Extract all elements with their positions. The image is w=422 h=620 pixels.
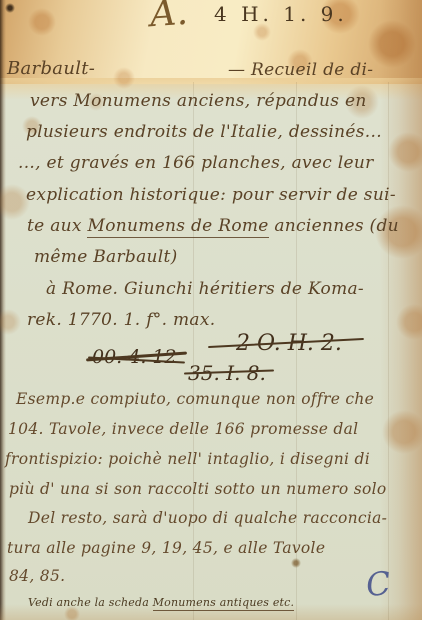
author-name: Barbault- <box>7 57 95 81</box>
title-line6-pre: te aux <box>27 216 87 236</box>
title-line: — Recueil de di- <box>228 58 373 82</box>
left-edge-shadow <box>0 0 6 620</box>
fold-line <box>388 82 389 620</box>
corner-letter: A. <box>149 1 189 28</box>
cross-reference-underlined: Monumens antiques etc. <box>153 596 295 611</box>
condition-note-line: 84, 85. <box>9 564 65 588</box>
condition-note-line: frontispizio: poichè nell' intaglio, i d… <box>5 447 370 471</box>
shelfmark: 4 H. 1. 9. <box>214 2 348 26</box>
condition-note-line: 104. Tavole, invece delle 166 promesse d… <box>8 417 358 441</box>
cross-reference-pre: Vedi anche la scheda <box>28 596 153 609</box>
collection-letter: C <box>364 564 392 604</box>
title-line: plusieurs endroits de l'Italie, dessinés… <box>26 120 382 144</box>
imprint-line: à Rome. Giunchi héritiers de Koma- <box>46 277 364 301</box>
title-line: vers Monumens anciens, répandus en <box>30 89 367 113</box>
title-line: te aux Monumens de Rome anciennes (du <box>27 214 399 238</box>
imprint-line: rek. 1770. 1. f°. max. <box>27 308 215 332</box>
cross-reference-note: Vedi anche la scheda Monumens antiques e… <box>28 596 294 609</box>
condition-note-line: Esemp.e compiuto, comunque non offre che <box>16 387 374 411</box>
title-line: explication historique: pour servir de s… <box>26 183 396 207</box>
old-shelfmark-crossed: 35. I. 8. <box>188 361 266 385</box>
condition-note-line: tura alle pagine 9, 19, 45, e alle Tavol… <box>7 536 325 560</box>
title-line: même Barbault) <box>34 245 178 269</box>
condition-note-line: Del resto, sarà d'uopo di qualche raccon… <box>28 506 387 530</box>
condition-note-line: più d' una si son raccolti sotto un nume… <box>9 477 387 501</box>
title-line: ..., et gravés en 166 planches, avec leu… <box>18 151 374 175</box>
title-line6-underlined: Monumens de Rome <box>87 216 268 238</box>
catalog-card: A. 4 H. 1. 9. Barbault- — Recueil de di-… <box>0 0 422 620</box>
old-shelfmark-crossed: 2 O. H. 2. <box>236 331 342 356</box>
old-shelfmark-crossed: 00. 4. 12 <box>92 346 177 368</box>
title-line6-post: anciennes (du <box>269 216 399 236</box>
